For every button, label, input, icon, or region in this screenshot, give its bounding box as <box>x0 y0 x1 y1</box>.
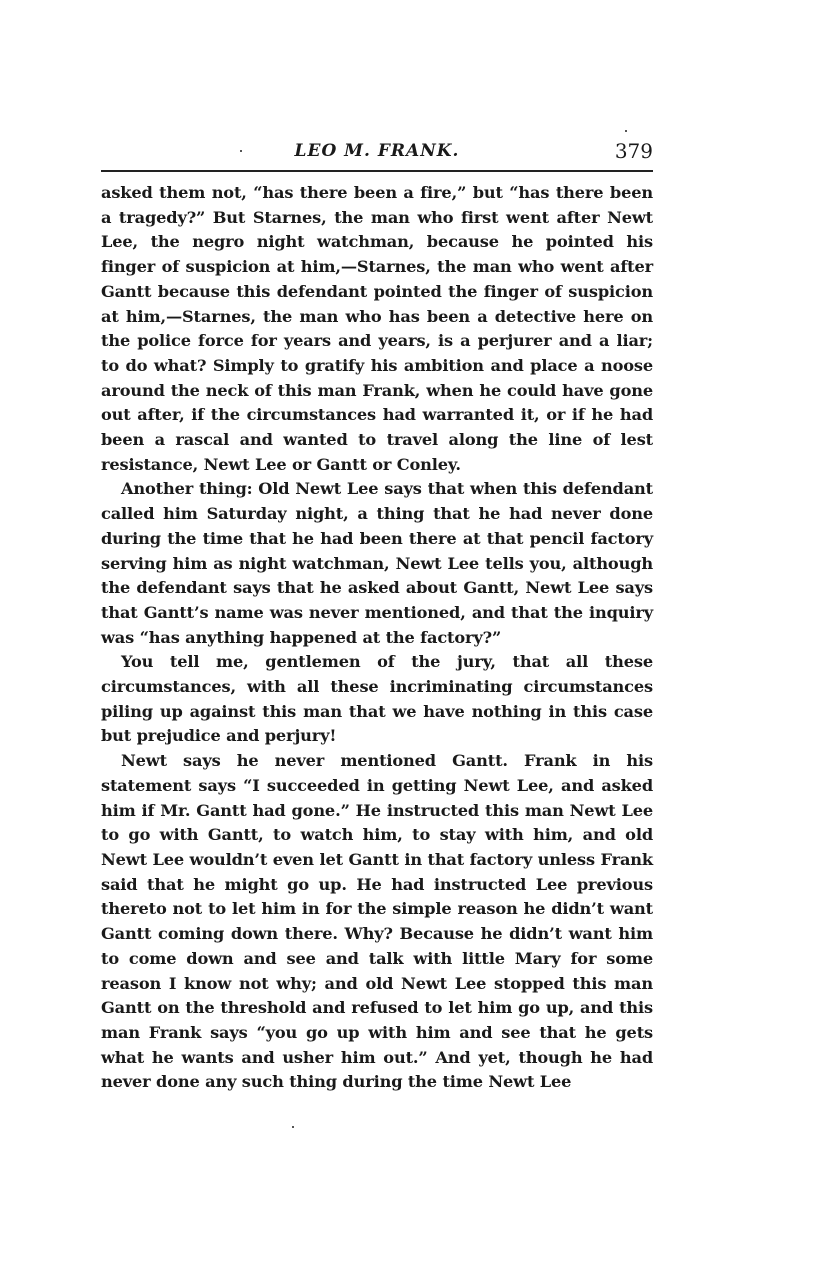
page-body: asked them not, “has there been a fire,”… <box>101 181 653 1095</box>
paragraph: Another thing: Old Newt Lee says that wh… <box>101 477 653 650</box>
scan-speck <box>240 150 242 152</box>
scan-speck <box>292 1126 294 1128</box>
paragraph: You tell me, gentlemen of the jury, that… <box>101 650 653 749</box>
scan-speck <box>625 130 627 132</box>
running-header: LEO M. FRANK. 379 <box>101 138 653 172</box>
paragraph: asked them not, “has there been a fire,”… <box>101 181 653 477</box>
running-title: LEO M. FRANK. <box>101 141 653 161</box>
page-number: 379 <box>615 139 653 163</box>
paragraph: Newt says he never mentioned Gantt. Fran… <box>101 749 653 1095</box>
book-page: LEO M. FRANK. 379 asked them not, “has t… <box>101 138 653 1095</box>
